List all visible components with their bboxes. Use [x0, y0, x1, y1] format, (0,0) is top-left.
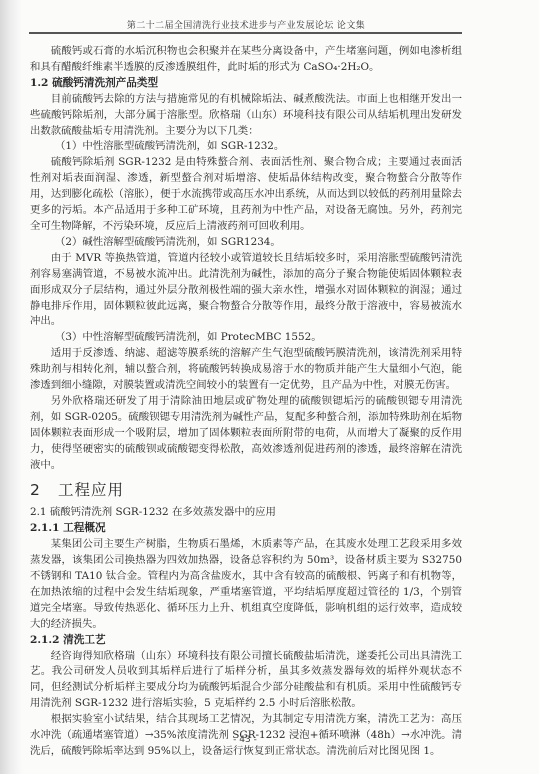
paragraph: 某集团公司主要生产树脂，生物质石墨烯，木质素等产品，在其废水处理工艺段采用多效蒸… [30, 537, 462, 632]
page-number: - 43 - [0, 735, 490, 745]
scan-edge-shadow [0, 0, 22, 774]
chapter-number: 2 [30, 483, 52, 499]
paragraph: 硫酸钙除垢剂 SGR-1232 是由特殊螯合剂、表面活性剂、聚合物合成；主要通过… [30, 155, 462, 235]
paragraph: 由于 MVR 等换热管道，管道内径较小或管道较长且结垢较多时，采用溶胀型硫酸钙清… [30, 251, 462, 331]
paragraph: 经咨询得知欣格瑞（山东）环境科技有限公司擅长硫酸盐垢清洗，遂委托公司出具清洗工艺… [30, 649, 462, 713]
running-header: 第二十二届全国清洗行业技术进步与产业发展论坛 论文集 [30, 18, 462, 31]
section-heading-1-2: 1.2 硫酸钙清洗剂产品类型 [30, 76, 462, 92]
page-body: 硫酸钙或石膏的水垢沉积物也会积聚并在某些分离设备中，产生堵塞问题，例如电渗析组和… [30, 44, 462, 760]
list-item-3: （3）中性溶解型硫酸钙清洗剂，如 ProtecMBC 1552。 [30, 330, 462, 346]
paragraph: 适用于反渗透、纳滤、超滤等膜系统的溶解产生气泡型硫酸钙膜清洗剂，该清洗剂采用特殊… [30, 346, 462, 394]
paragraph-intro: 硫酸钙或石膏的水垢沉积物也会积聚并在某些分离设备中，产生堵塞问题，例如电渗析组和… [30, 44, 462, 76]
section-heading-2-1-2: 2.1.2 清洗工艺 [30, 633, 462, 649]
list-item-1: （1）中性溶胀型硫酸钙清洗剂，如 SGR-1232。 [30, 139, 462, 155]
chapter-title: 工程应用 [58, 481, 124, 499]
paragraph: 目前硫酸钙去除的方法与措施常见的有机械除垢法、碱煮酸洗法。市面上也相继开发出一些… [30, 92, 462, 140]
chapter-heading-2: 2 工程应用 [30, 483, 462, 499]
paragraph: 另外欣格瑞还研发了用于清除油田地层或矿物处理的硫酸钡锶垢污的硫酸钡锶专用清洗剂，… [30, 394, 462, 474]
list-item-2: （2）碱性溶解型硫酸钙清洗剂，如 SGR1234。 [30, 235, 462, 251]
section-heading-2-1-1: 2.1.1 工程概况 [30, 521, 462, 537]
header-divider [29, 32, 462, 34]
section-heading-2-1: 2.1 硫酸钙清洗剂 SGR-1232 在多效蒸发器中的应用 [30, 505, 462, 521]
